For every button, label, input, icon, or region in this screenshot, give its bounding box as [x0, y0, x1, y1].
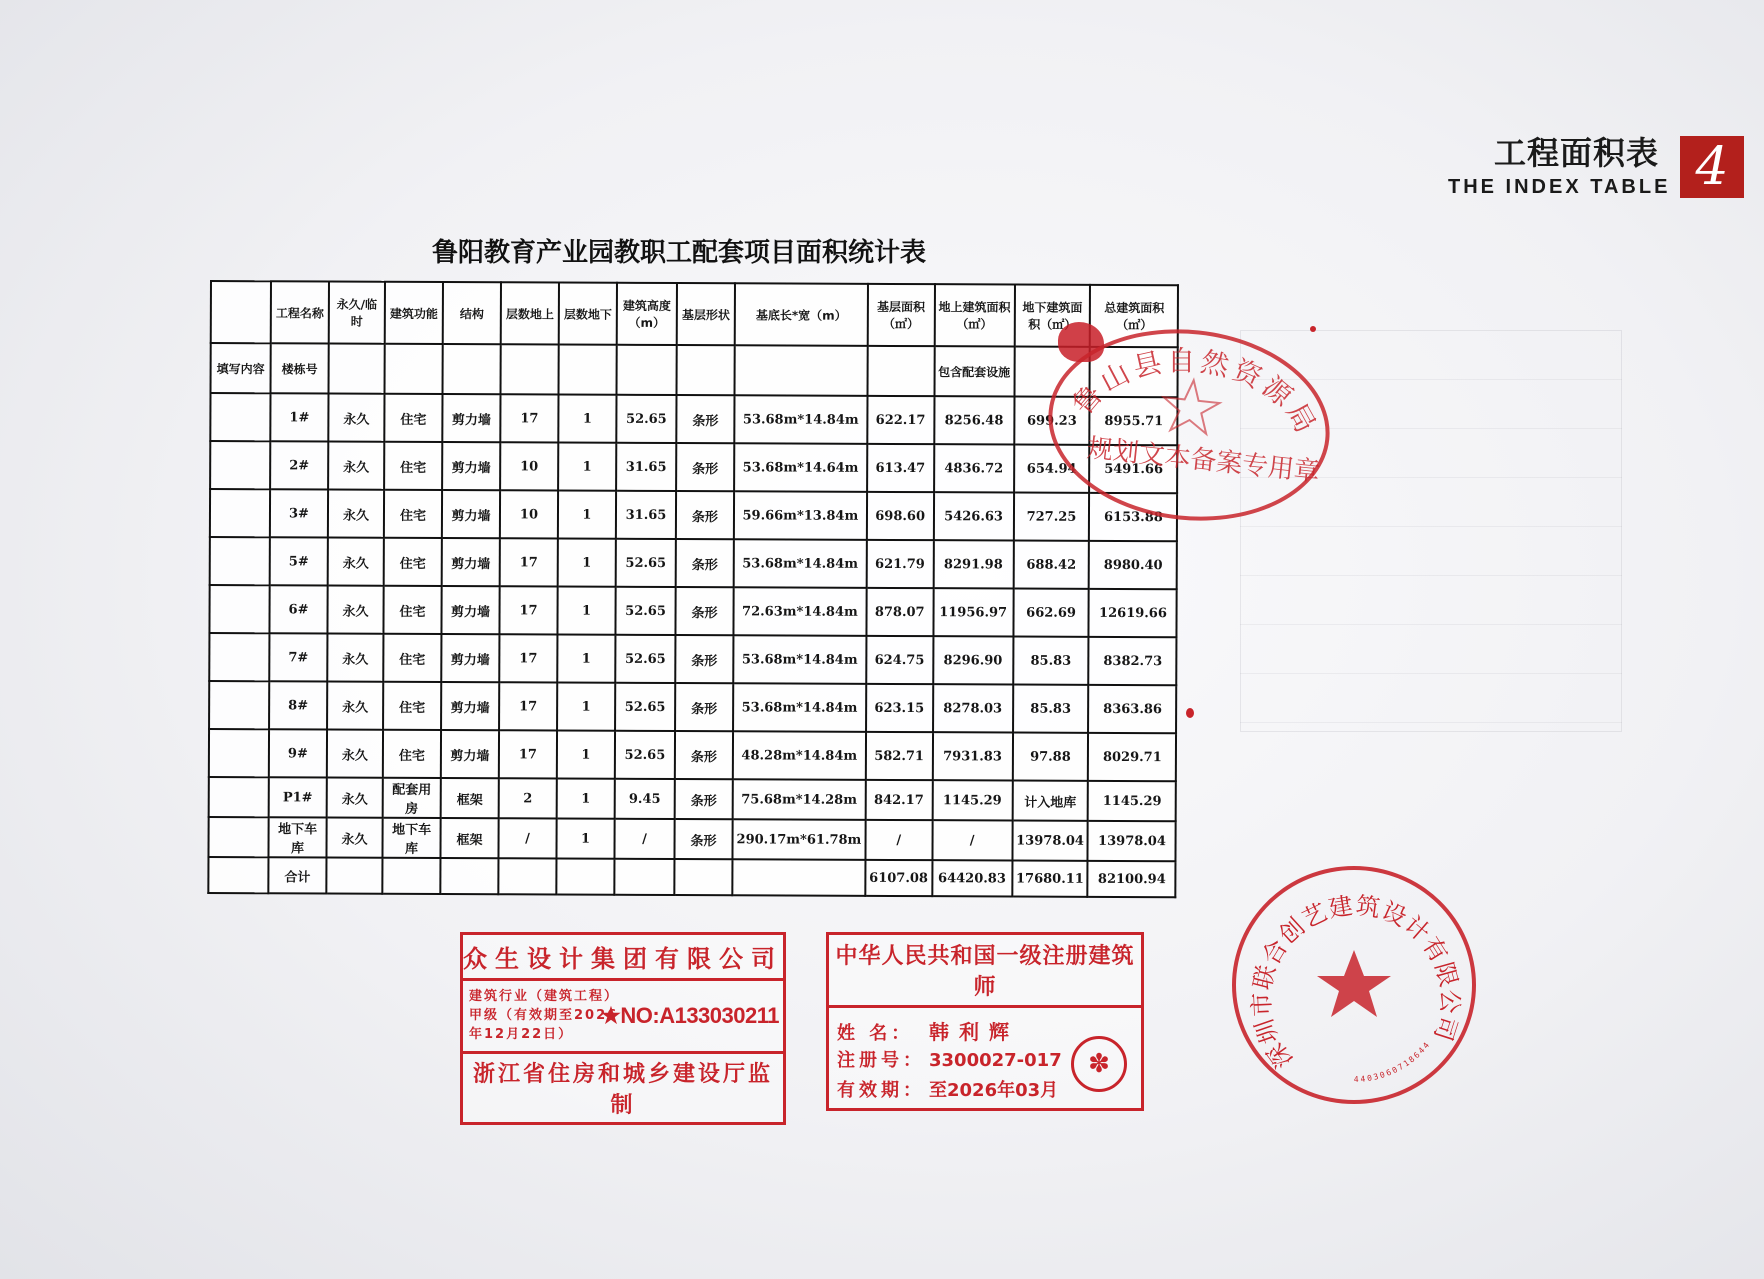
table-cell: 48.28m*14.84m — [733, 731, 866, 780]
table-header-row: 工程名称永久/临时建筑功能结构层数地上层数地下建筑高度（m）基层形状基底长*宽（… — [211, 281, 1179, 347]
table-cell: 290.17m*61.78m — [732, 819, 865, 860]
table-cell — [677, 345, 735, 395]
architect-name: 韩利辉 — [929, 1020, 1019, 1044]
table-cell: 9.45 — [615, 779, 675, 819]
section-number-badge: 4 — [1680, 136, 1744, 198]
table-cell: / — [932, 820, 1012, 860]
table-cell: 基底长*宽（m） — [735, 283, 868, 346]
table-cell: 1 — [557, 731, 615, 779]
section-title-cn: 工程面积表 — [1494, 128, 1659, 174]
table-cell: 878.07 — [866, 588, 933, 636]
table-cell: 11956.97 — [933, 588, 1013, 636]
table-cell: 楼栋号 — [271, 343, 329, 393]
table-cell: 17 — [500, 538, 558, 586]
table-cell: 8980.40 — [1089, 541, 1177, 589]
table-cell: 64420.83 — [932, 860, 1012, 896]
table-cell: 住宅 — [383, 634, 441, 682]
table-cell: 剪力墙 — [441, 634, 499, 682]
architect-valid-until: 至2026年03月 — [929, 1080, 1058, 1101]
table-cell: 层数地下 — [559, 283, 617, 345]
ink-dot — [1186, 708, 1194, 718]
table-cell — [208, 857, 268, 893]
table-cell: 条形 — [676, 491, 734, 539]
table-total-row: 合计6107.0864420.8317680.1182100.94 — [208, 857, 1176, 897]
table-cell: 5# — [270, 537, 328, 585]
table-cell: 结构 — [443, 282, 501, 344]
table-cell: 剪力墙 — [441, 682, 499, 730]
issuing-authority: 浙江省住房和城乡建设厅监制 — [463, 1054, 783, 1122]
table-cell: 698.60 — [867, 492, 934, 540]
table-cell: 条形 — [674, 819, 732, 859]
table-cell: 10 — [500, 442, 558, 490]
table-row: 地下车库永久地下车库框架/1/条形290.17m*61.78m//13978.0… — [208, 817, 1176, 861]
table-cell — [326, 858, 382, 894]
table-cell — [498, 858, 556, 894]
table-cell — [209, 633, 269, 681]
table-cell: 基层面积（㎡） — [868, 284, 935, 346]
table-cell: 842.17 — [865, 780, 932, 820]
table-cell: 6107.08 — [865, 860, 932, 896]
table-cell: 622.17 — [867, 396, 934, 444]
table-cell: 9# — [269, 729, 327, 777]
table-cell: / — [614, 819, 674, 859]
table-cell — [329, 344, 385, 394]
table-cell: 条形 — [675, 731, 733, 779]
table-cell: 85.83 — [1013, 685, 1089, 733]
table-cell: 17 — [500, 394, 558, 442]
table-cell — [210, 537, 270, 585]
table-cell: 计入地库 — [1012, 781, 1088, 821]
table-cell: 8382.73 — [1089, 637, 1177, 685]
table-cell: 52.65 — [616, 539, 676, 587]
table-cell: 52.65 — [615, 731, 675, 779]
table-cell — [209, 777, 269, 817]
table-row: 5#永久住宅剪力墙17152.65条形53.68m*14.84m621.7982… — [210, 537, 1178, 589]
registered-architect-stamp: 中华人民共和国一级注册建筑师 姓 名：韩利辉 注册号：3300027-017 有… — [826, 932, 1144, 1111]
table-cell: 75.68m*14.28m — [733, 779, 866, 820]
table-cell — [559, 345, 617, 395]
table-cell: 1 — [558, 443, 616, 491]
table-cell: 永久 — [327, 634, 383, 682]
table-cell: 条形 — [676, 443, 734, 491]
table-cell — [440, 858, 498, 894]
table-cell: 永久 — [326, 818, 382, 858]
table-cell: 地下车库 — [268, 817, 326, 857]
table-cell: 7# — [269, 633, 327, 681]
table-cell — [210, 441, 270, 489]
table-cell: 97.88 — [1012, 733, 1088, 781]
architect-name-line: 姓 名：韩利辉 — [837, 1016, 1019, 1045]
table-cell: 1 — [557, 779, 615, 819]
table-cell: 13978.04 — [1088, 821, 1176, 861]
svg-text:4403060718644: 4403060718644 — [1354, 1039, 1433, 1084]
table-cell: 1 — [557, 635, 615, 683]
table-cell: 8296.90 — [933, 636, 1013, 684]
table-cell: 17680.11 — [1012, 861, 1088, 897]
table-cell: 基层形状 — [677, 283, 735, 345]
table-cell: 3# — [270, 489, 328, 537]
table-cell: 剪力墙 — [442, 538, 500, 586]
table-cell: 52.65 — [615, 587, 675, 635]
table-cell — [501, 344, 559, 394]
table-cell: 住宅 — [383, 730, 441, 778]
table-cell: 永久 — [328, 490, 384, 538]
table-row: 6#永久住宅剪力墙17152.65条形72.63m*14.84m878.0711… — [209, 585, 1177, 637]
table-cell — [209, 585, 269, 633]
company-name: 众生设计集团有限公司 — [463, 935, 783, 981]
table-cell: 8# — [269, 681, 327, 729]
table-cell: 住宅 — [384, 394, 442, 442]
table-cell: 条形 — [675, 635, 733, 683]
table-cell: 住宅 — [383, 586, 441, 634]
table-cell: 31.65 — [616, 491, 676, 539]
seal-arc-text: 鲁山县自然资源局 — [1043, 320, 1335, 530]
table-cell: 52.65 — [615, 683, 675, 731]
table-cell — [443, 344, 501, 394]
table-cell: 永久 — [328, 538, 384, 586]
table-cell: 1145.29 — [1088, 781, 1176, 821]
table-cell: 31.65 — [616, 443, 676, 491]
table-cell: 配套用房 — [383, 778, 441, 818]
architect-valid-line: 有效期：至2026年03月 — [837, 1076, 1058, 1102]
table-cell — [382, 858, 440, 894]
table-cell: 8029.71 — [1088, 733, 1176, 781]
table-cell: P1# — [269, 777, 327, 817]
table-cell — [209, 681, 269, 729]
table-cell — [732, 859, 865, 896]
table-cell: 永久 — [328, 442, 384, 490]
table-cell: 59.66m*13.84m — [734, 491, 867, 540]
section-title-en: THE INDEX TABLE — [1448, 176, 1670, 199]
table-cell: 624.75 — [866, 636, 933, 684]
table-cell: 1 — [558, 491, 616, 539]
table-cell: 剪力墙 — [442, 394, 500, 442]
table-cell: 85.83 — [1013, 637, 1089, 685]
table-cell: 工程名称 — [271, 281, 329, 343]
table-cell: 17 — [499, 634, 557, 682]
table-cell: 662.69 — [1013, 589, 1089, 637]
table-cell: 688.42 — [1013, 541, 1089, 589]
table-cell — [867, 346, 934, 396]
table-cell: 12619.66 — [1089, 589, 1177, 637]
table-cell: 1 — [558, 395, 616, 443]
table-cell: 8291.98 — [933, 540, 1013, 588]
architect-stamp-title: 中华人民共和国一级注册建筑师 — [829, 935, 1141, 1008]
table-cell: 1 — [557, 683, 615, 731]
certificate-number: ★NO:A133030211 — [601, 1003, 779, 1029]
table-cell: 包含配套设施 — [934, 346, 1014, 396]
table-cell: 条形 — [675, 587, 733, 635]
table-cell: 层数地上 — [501, 282, 559, 344]
table-cell: 永久/临时 — [329, 282, 385, 344]
table-cell — [617, 345, 677, 395]
table-cell: 条形 — [675, 779, 733, 819]
table-cell: 住宅 — [384, 442, 442, 490]
table-cell: 框架 — [441, 778, 499, 818]
table-cell — [208, 817, 268, 857]
table-cell: 住宅 — [383, 682, 441, 730]
table-cell — [735, 345, 868, 396]
star-icon — [1160, 377, 1221, 435]
table-cell: 53.68m*14.84m — [733, 635, 866, 684]
table-cell: 52.65 — [615, 635, 675, 683]
table-cell: 17 — [499, 586, 557, 634]
table-row: 1#永久住宅剪力墙17152.65条形53.68m*14.84m622.1782… — [210, 393, 1178, 445]
table-cell: 5426.63 — [933, 492, 1013, 540]
table-cell: 53.68m*14.64m — [734, 443, 867, 492]
table-cell: 621.79 — [866, 540, 933, 588]
table-cell: 582.71 — [866, 732, 933, 780]
table-cell: 17 — [499, 730, 557, 778]
table-cell: 地下车库 — [382, 818, 440, 858]
table-cell — [674, 859, 732, 895]
table-cell: 53.68m*14.84m — [733, 683, 866, 732]
round-seal-text: 深圳市联合创艺建筑设计有限公司 4403060718644 — [1236, 870, 1472, 1100]
table-cell — [209, 729, 269, 777]
architect-reg-number: 3300027-017 — [929, 1050, 1062, 1071]
table-cell: 8256.48 — [934, 396, 1014, 444]
architect-reg-line: 注册号：3300027-017 — [837, 1046, 1062, 1072]
table-subheader-row: 填写内容楼栋号包含配套设施 — [211, 343, 1179, 397]
table-cell: 填写内容 — [211, 343, 271, 393]
table-cell: 住宅 — [384, 538, 442, 586]
table-cell: 2 — [499, 778, 557, 818]
star-icon: ★ — [601, 1003, 620, 1028]
document-title: 鲁阳教育产业园教职工配套项目面积统计表 — [432, 232, 926, 269]
table-cell: 2# — [270, 441, 328, 489]
area-statistics-table: 工程名称永久/临时建筑功能结构层数地上层数地下建筑高度（m）基层形状基底长*宽（… — [207, 280, 1179, 898]
table-cell: 永久 — [328, 394, 384, 442]
table-cell: 住宅 — [384, 490, 442, 538]
table-cell — [614, 859, 674, 895]
table-cell: 框架 — [440, 818, 498, 858]
section-header: 工程面积表 THE INDEX TABLE 4 — [1440, 128, 1740, 208]
ink-dot — [1310, 326, 1316, 332]
table-cell — [385, 344, 443, 394]
table-cell — [556, 859, 614, 895]
table-row: 2#永久住宅剪力墙10131.65条形53.68m*14.64m613.4748… — [210, 441, 1178, 493]
table-cell: 1 — [558, 539, 616, 587]
table-cell: 52.65 — [616, 395, 676, 443]
table-cell: 剪力墙 — [441, 730, 499, 778]
table-cell: 1 — [557, 587, 615, 635]
table-cell: 条形 — [675, 683, 733, 731]
table-cell — [211, 281, 271, 343]
table-cell: 永久 — [327, 586, 383, 634]
emblem-icon: ✽ — [1071, 1036, 1127, 1092]
table-row: 7#永久住宅剪力墙17152.65条形53.68m*14.84m624.7582… — [209, 633, 1177, 685]
table-cell: 17 — [499, 682, 557, 730]
planning-filing-seal: 鲁山县自然资源局 规划文本备案专用章 — [1039, 316, 1339, 534]
table-row: 3#永久住宅剪力墙10131.65条形59.66m*13.84m698.6054… — [210, 489, 1178, 541]
table-cell: 永久 — [327, 778, 383, 818]
table-cell: 53.68m*14.84m — [734, 539, 867, 588]
table-cell: 6# — [269, 585, 327, 633]
table-cell: 623.15 — [866, 684, 933, 732]
table-row: 8#永久住宅剪力墙17152.65条形53.68m*14.84m623.1582… — [209, 681, 1177, 733]
table-row: 9#永久住宅剪力墙17152.65条形48.28m*14.84m582.7179… — [209, 729, 1177, 781]
table-cell: 8363.86 — [1088, 685, 1176, 733]
table-cell: 4836.72 — [934, 444, 1014, 492]
table-cell: 1 — [556, 819, 614, 859]
table-cell: 条形 — [676, 539, 734, 587]
table-cell: 剪力墙 — [442, 490, 500, 538]
table-cell: 1145.29 — [932, 780, 1012, 820]
table-cell: 永久 — [327, 730, 383, 778]
table-cell: 82100.94 — [1088, 861, 1176, 897]
table-cell: 合计 — [268, 857, 326, 893]
table-cell: 72.63m*14.84m — [733, 587, 866, 636]
company-qualification-stamp: 众生设计集团有限公司 建筑行业（建筑工程）甲级（有效期至2026年12月22日）… — [460, 932, 786, 1125]
table-cell: 10 — [500, 490, 558, 538]
table-cell: 13978.04 — [1012, 821, 1088, 861]
table-cell: 剪力墙 — [441, 586, 499, 634]
table-cell: 建筑功能 — [385, 282, 443, 344]
table-cell: 8278.03 — [933, 684, 1013, 732]
star-icon — [1317, 950, 1391, 1017]
table-cell: 地上建筑面积（㎡） — [934, 284, 1014, 346]
table-cell: / — [865, 820, 932, 860]
company-round-seal: 深圳市联合创艺建筑设计有限公司 4403060718644 — [1232, 866, 1476, 1104]
table-cell: 剪力墙 — [442, 442, 500, 490]
table-cell: 永久 — [327, 682, 383, 730]
table-row: P1#永久配套用房框架219.45条形75.68m*14.28m842.1711… — [209, 777, 1177, 821]
table-cell: 建筑高度（m） — [617, 283, 677, 345]
table-cell: 53.68m*14.84m — [734, 395, 867, 444]
table-cell — [210, 393, 270, 441]
table-cell: / — [498, 818, 556, 858]
table-cell — [210, 489, 270, 537]
table-cell: 条形 — [676, 395, 734, 443]
table-cell: 613.47 — [867, 444, 934, 492]
table-cell: 1# — [270, 393, 328, 441]
table-cell: 7931.83 — [932, 732, 1012, 780]
